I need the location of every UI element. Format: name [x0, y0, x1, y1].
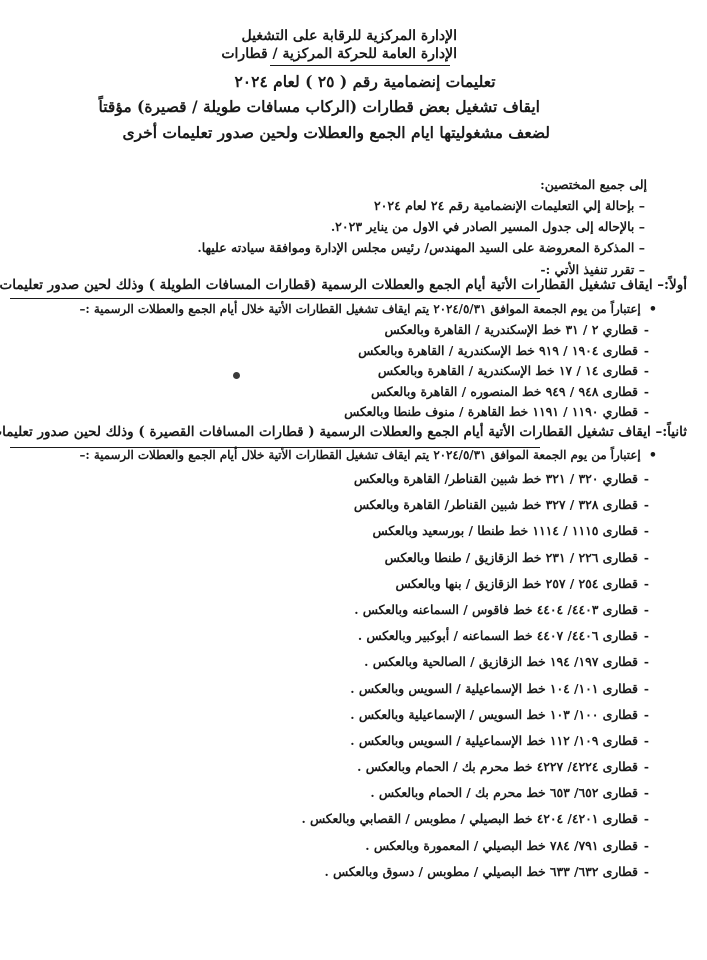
dash-icon: -	[644, 649, 649, 675]
train-list-item: -قطارى ١٩٠٤ / ٩١٩ خط الإسكندرية / القاهر…	[344, 341, 649, 362]
train-entry: قطارى ١٤ / ١٧ خط الإسكندرية / القاهرة وب…	[378, 363, 638, 378]
addressee: إلى جميع المختصين:	[540, 177, 647, 192]
dash-icon: -	[644, 382, 649, 403]
section-heading-short-distance: ثانياً:– ايقاف تشغيل القطارات الأتية أيا…	[8, 424, 687, 440]
train-list-item: -قطارى ٣٢٨ / ٣٢٧ خط شبين القناطر/ القاهر…	[302, 492, 650, 518]
reference-line: – بالإحاله إلى جدول المسير الصادر في الا…	[331, 219, 645, 234]
train-list-item: -قطارى ١٠١/ ١٠٤ خط الإسماعيلية / السويس …	[302, 676, 650, 702]
train-entry: قطارى ٣٢٨ / ٣٢٧ خط شبين القناطر/ القاهرة…	[354, 497, 638, 512]
train-list-item: -قطاري ٣٢٠ / ٣٢١ خط شبين القناطر/ القاهر…	[302, 466, 650, 492]
train-list-item: -قطارى ١٠٠/ ١٠٣ خط السويس / الإسماعيلية …	[302, 702, 650, 728]
dash-icon: -	[644, 754, 649, 780]
train-entry: قطارى ١٠٠/ ١٠٣ خط السويس / الإسماعيلية و…	[350, 707, 638, 722]
dash-icon: -	[644, 623, 649, 649]
train-list-item: -قطارى ٦٥٢/ ٦٥٣ خط محرم بك / الحمام وبال…	[302, 780, 650, 806]
train-list-item: -قطارى ٢٢٦ / ٢٣١ خط الزقازيق / طنطا وبال…	[302, 545, 650, 571]
train-entry: قطارى ١٠٩/ ١١٢ خط الإسماعيلية / السويس و…	[350, 733, 638, 748]
dash-icon: -	[644, 780, 649, 806]
document-subject-line-1: ايقاف تشغيل بعض قطارات (الركاب مسافات طو…	[160, 97, 540, 116]
train-entry: قطارى ٩٤٨ / ٩٤٩ خط المنصوره / القاهرة وب…	[371, 384, 638, 399]
document-subject-line-2: لضعف مشغوليتها ايام الجمع والعطلات ولحين…	[150, 123, 550, 142]
dash-icon: -	[644, 492, 649, 518]
train-list-item: -قطاري ١١٩٠ / ١١٩١ خط القاهرة / منوف طنط…	[344, 402, 649, 423]
effective-date-bullet: •إعتباراً من يوم الجمعة الموافق ٢٠٢٤/٥/٣…	[79, 302, 657, 317]
section-underline	[10, 298, 540, 299]
train-list-item: -قطارى ٢٥٤ / ٢٥٧ خط الزقازيق / بنها وبال…	[302, 571, 650, 597]
dash-icon: -	[644, 676, 649, 702]
dash-icon: -	[644, 806, 649, 832]
dash-icon: -	[644, 702, 649, 728]
train-entry: قطارى ١٠١/ ١٠٤ خط الإسماعيلية / السويس و…	[350, 681, 638, 696]
train-list-item: -قطارى ١١١٥ / ١١١٤ خط طنطا / بورسعيد وبا…	[302, 518, 650, 544]
train-list-item: -قطارى ١٠٩/ ١١٢ خط الإسماعيلية / السويس …	[302, 728, 650, 754]
train-list-item: -قطارى ٤٢٢٤/ ٤٢٢٧ خط محرم بك / الحمام وب…	[302, 754, 650, 780]
dash-icon: -	[644, 571, 649, 597]
dash-icon: -	[644, 466, 649, 492]
dash-icon: -	[644, 518, 649, 544]
document-title: تعليمات إنضمامية رقم ( ٢٥ ) لعام ٢٠٢٤	[225, 72, 505, 91]
dash-icon: -	[644, 859, 649, 885]
train-entry: قطارى ١١١٥ / ١١١٤ خط طنطا / بورسعيد وبال…	[373, 523, 638, 538]
decision-line: – تقرر تنفيذ الأتي :-	[540, 262, 645, 277]
effective-date-text: إعتباراً من يوم الجمعة الموافق ٢٠٢٤/٥/٣١…	[79, 302, 640, 316]
train-list-item: -قطارى ٤٤٠٣/ ٤٤٠٤ خط فاقوس / السماعنه وب…	[302, 597, 650, 623]
train-entry: قطارى ٤٢٠١/ ٤٢٠٤ خط البصيلي / مطوبس / ال…	[302, 811, 638, 826]
train-entry: قطاري ١١٩٠ / ١١٩١ خط القاهرة / منوف طنطا…	[344, 404, 638, 419]
train-entry: قطارى ٢٥٤ / ٢٥٧ خط الزقازيق / بنها وبالع…	[395, 576, 637, 591]
dash-icon: -	[644, 341, 649, 362]
train-list-item: -قطارى ١٤ / ١٧ خط الإسكندرية / القاهرة و…	[344, 361, 649, 382]
train-entry: قطارى ٦٥٢/ ٦٥٣ خط محرم بك / الحمام وبالع…	[370, 785, 638, 800]
org-name-line-1: الإدارة المركزية للرقابة على التشغيل	[257, 28, 457, 44]
dash-icon: -	[644, 320, 649, 341]
dash-icon: -	[644, 597, 649, 623]
train-list-item: -قطارى ٧٩١/ ٧٨٤ خط البصيلي / المعمورة وب…	[302, 833, 650, 859]
train-list-long-distance: -قطاري ٢ / ٣١ خط الإسكندرية / القاهرة وب…	[344, 320, 649, 423]
train-entry: قطارى ٤٤٠٦/ ٤٤٠٧ خط السماعنه / أبوكبير و…	[358, 628, 638, 643]
effective-date-text: إعتباراً من يوم الجمعة الموافق ٢٠٢٤/٥/٣١…	[79, 448, 640, 462]
train-entry: قطارى ١٩٧/ ١٩٤ خط الزقازيق / الصالحية وب…	[364, 654, 638, 669]
bullet-icon: •	[649, 448, 657, 463]
train-entry: قطارى ١٩٠٤ / ٩١٩ خط الإسكندرية / القاهرة…	[358, 343, 638, 358]
train-list-short-distance: -قطاري ٣٢٠ / ٣٢١ خط شبين القناطر/ القاهر…	[302, 466, 650, 885]
dash-icon: -	[644, 361, 649, 382]
reference-line: – بإحالة إلي التعليمات الإنضمامية رقم ٢٤…	[374, 198, 645, 213]
train-entry: قطاري ٢ / ٣١ خط الإسكندرية / القاهرة وبا…	[385, 322, 638, 337]
train-entry: قطارى ٢٢٦ / ٢٣١ خط الزقازيق / طنطا وبالع…	[385, 550, 638, 565]
section-heading-long-distance: أولاً:– ايقاف تشغيل القطارات الأتية أيام…	[8, 277, 687, 293]
bullet-icon: •	[649, 302, 657, 317]
scan-mark	[233, 372, 240, 379]
train-list-item: -قطارى ٤٢٠١/ ٤٢٠٤ خط البصيلي / مطوبس / ا…	[302, 806, 650, 832]
train-list-item: -قطاري ٢ / ٣١ خط الإسكندرية / القاهرة وب…	[344, 320, 649, 341]
train-list-item: -قطارى ٤٤٠٦/ ٤٤٠٧ خط السماعنه / أبوكبير …	[302, 623, 650, 649]
dash-icon: -	[644, 402, 649, 423]
train-entry: قطارى ٦٣٢/ ٦٣٣ خط البصيلي / مطوبس / دسوق…	[324, 864, 637, 879]
train-entry: قطاري ٣٢٠ / ٣٢١ خط شبين القناطر/ القاهرة…	[354, 471, 638, 486]
train-list-item: -قطارى ٩٤٨ / ٩٤٩ خط المنصوره / القاهرة و…	[344, 382, 649, 403]
train-entry: قطارى ٤٤٠٣/ ٤٤٠٤ خط فاقوس / السماعنه وبا…	[354, 602, 638, 617]
dash-icon: -	[644, 545, 649, 571]
reference-line: – المذكرة المعروضة على السيد المهندس/ رئ…	[197, 240, 645, 255]
header-divider	[270, 65, 450, 66]
train-list-item: -قطارى ٦٣٢/ ٦٣٣ خط البصيلي / مطوبس / دسو…	[302, 859, 650, 885]
dash-icon: -	[644, 728, 649, 754]
org-name-line-2: الإدارة العامة للحركة المركزية / قطارات	[257, 46, 457, 62]
train-entry: قطارى ٤٢٢٤/ ٤٢٢٧ خط محرم بك / الحمام وبا…	[357, 759, 638, 774]
train-entry: قطارى ٧٩١/ ٧٨٤ خط البصيلي / المعمورة وبا…	[365, 838, 638, 853]
effective-date-bullet: •إعتباراً من يوم الجمعة الموافق ٢٠٢٤/٥/٣…	[79, 448, 657, 463]
train-list-item: -قطارى ١٩٧/ ١٩٤ خط الزقازيق / الصالحية و…	[302, 649, 650, 675]
dash-icon: -	[644, 833, 649, 859]
